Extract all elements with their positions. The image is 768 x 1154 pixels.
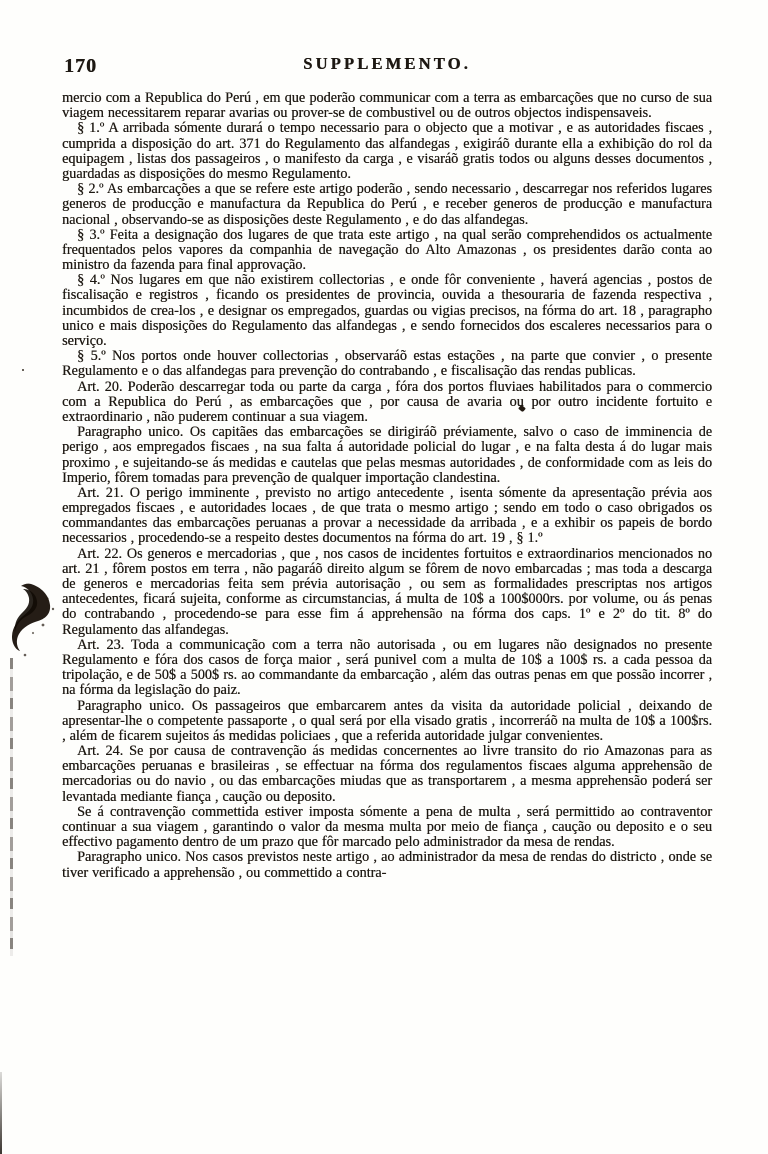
paragraph-art-24-unico: Paragrapho unico. Nos casos previstos ne… (62, 850, 712, 880)
paragraph-section-5: § 5.º Nos portos onde houver collectoria… (62, 349, 712, 379)
page-edge-mark-artifact (0, 1072, 2, 1154)
paragraph-art-22: Art. 22. Os generos e mercadorias , que … (62, 547, 712, 638)
page-header: 170 SUPPLEMENTO. (62, 54, 712, 80)
paragraph-section-3: § 3.º Feita a designação dos lugares de … (62, 228, 712, 274)
paragraph-art-24: Art. 24. Se por causa de contravenção ás… (62, 744, 712, 805)
paragraph-section-1: § 1.º A arribada sómente durará o tempo … (62, 121, 712, 182)
paragraph-section-4: § 4.º Nos lugares em que não existirem c… (62, 273, 712, 349)
paragraph-art-24-cont: Se á contravenção commettida estiver imp… (62, 805, 712, 851)
ink-dot-artifact (22, 369, 24, 371)
text-block: mercio com a Republica do Perú , em que … (62, 91, 712, 881)
paragraph-art-23-unico: Paragrapho unico. Os passageiros que emb… (62, 699, 712, 745)
paragraph-art-20-unico: Paragrapho unico. Os capitães das embarc… (62, 425, 712, 486)
header-title: SUPPLEMENTO. (62, 54, 712, 74)
paragraph-art-20: Art. 20. Poderão descarregar toda ou par… (62, 380, 712, 426)
scanned-page: 170 SUPPLEMENTO. mercio com a Republica … (0, 0, 768, 1154)
ink-blot-artifact (3, 581, 61, 663)
paragraph-art-21: Art. 21. O perigo imminente , previsto n… (62, 486, 712, 547)
paragraph-section-2: § 2.º As embarcações a que se refere est… (62, 182, 712, 228)
gutter-streak-artifact (10, 658, 13, 956)
paragraph-art-23: Art. 23. Toda a communicação com a terra… (62, 638, 712, 699)
paragraph-continuation: mercio com a Republica do Perú , em que … (62, 91, 712, 121)
